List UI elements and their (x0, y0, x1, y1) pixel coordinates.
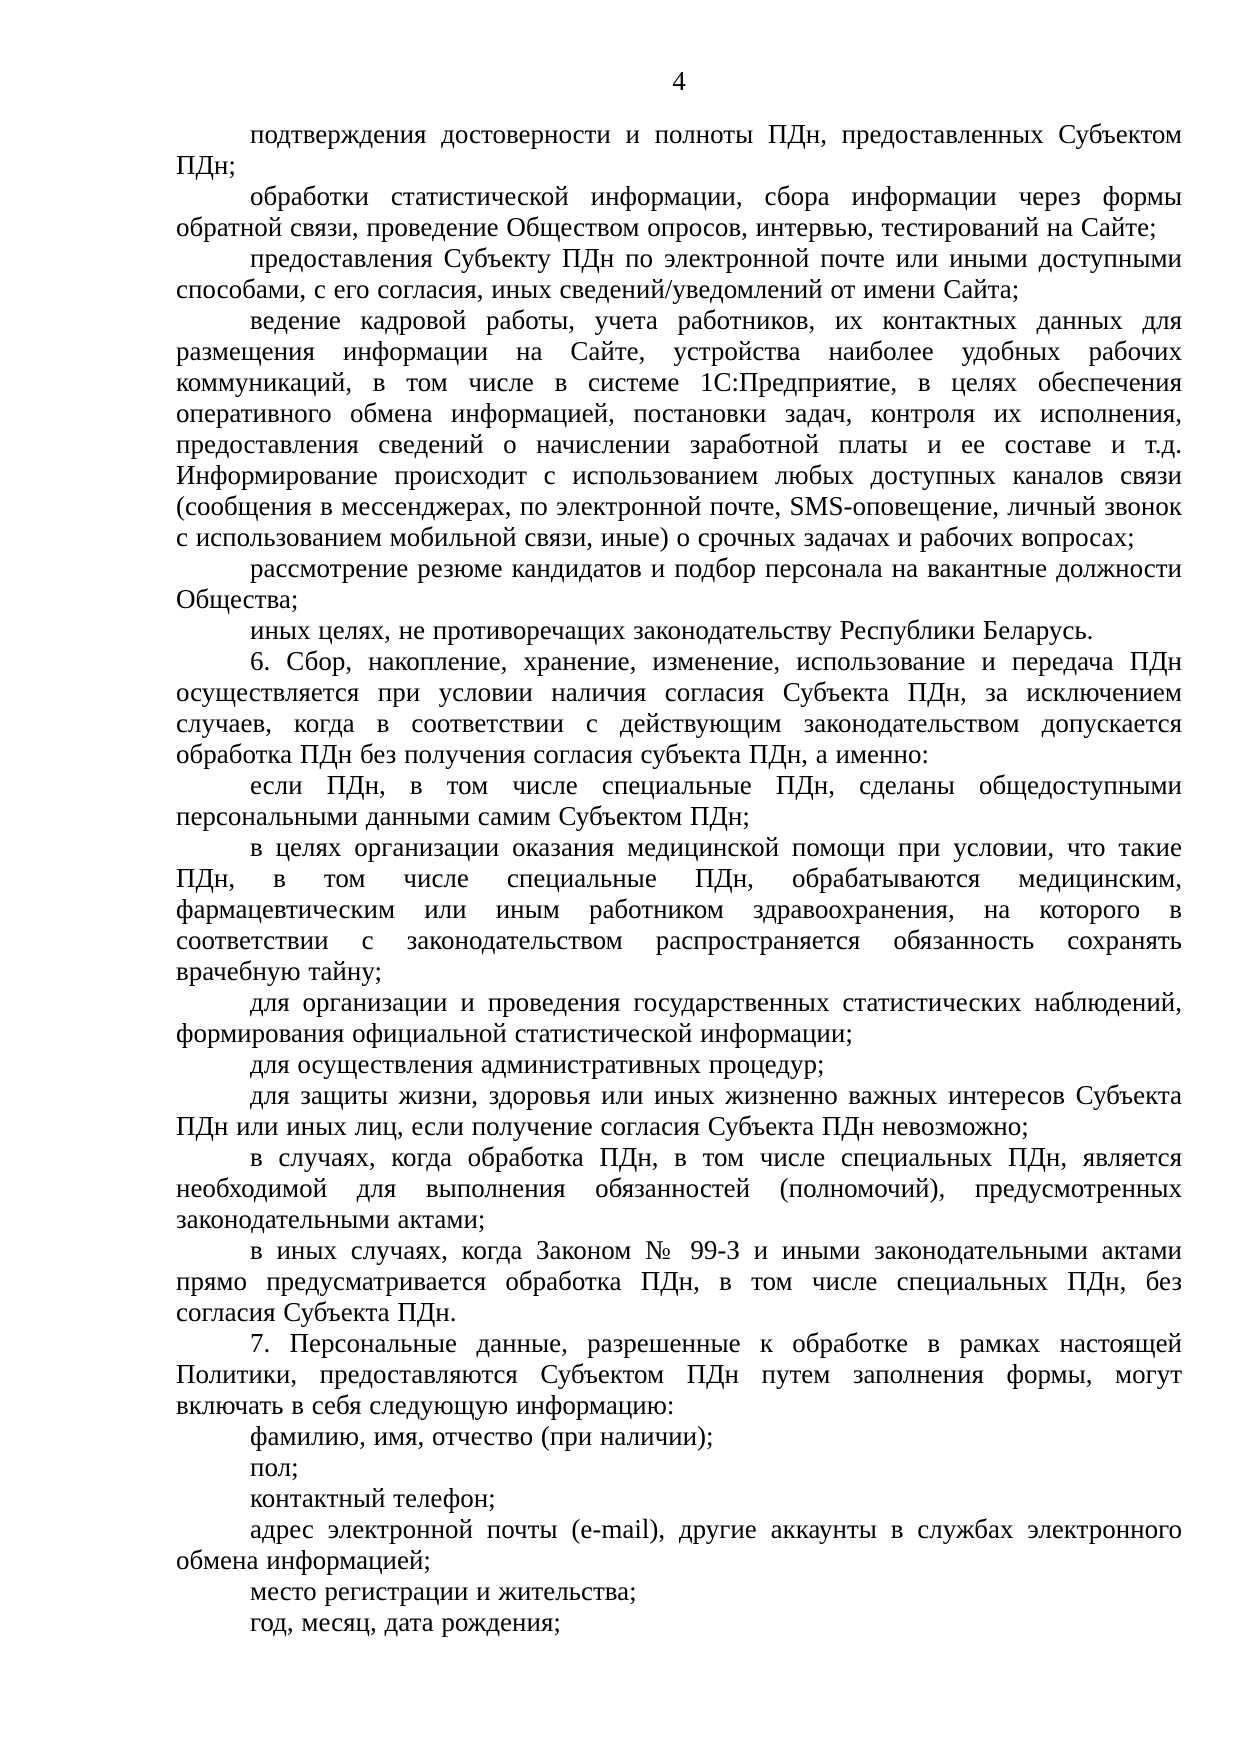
paragraph: если ПДн, в том числе специальные ПДн, с… (176, 770, 1182, 832)
paragraph: для защиты жизни, здоровья или иных жизн… (176, 1080, 1182, 1142)
paragraph: в случаях, когда обработка ПДн, в том чи… (176, 1142, 1182, 1235)
paragraph: пол; (176, 1452, 1182, 1483)
paragraph: для организации и проведения государстве… (176, 987, 1182, 1049)
paragraph: подтверждения достоверности и полноты ПД… (176, 119, 1182, 181)
document-page: 4 подтверждения достоверности и полноты … (0, 0, 1241, 1755)
paragraph: фамилию, имя, отчество (при наличии); (176, 1421, 1182, 1452)
paragraph: в целях организации оказания медицинской… (176, 832, 1182, 987)
paragraph: адрес электронной почты (e-mail), другие… (176, 1514, 1182, 1576)
paragraph: 6. Сбор, накопление, хранение, изменение… (176, 646, 1182, 770)
paragraph: рассмотрение резюме кандидатов и подбор … (176, 553, 1182, 615)
paragraph: место регистрации и жительства; (176, 1576, 1182, 1607)
paragraph: ведение кадровой работы, учета работнико… (176, 305, 1182, 553)
paragraph: контактный телефон; (176, 1483, 1182, 1514)
paragraph: предоставления Субъекту ПДн по электронн… (176, 243, 1182, 305)
paragraph: год, месяц, дата рождения; (176, 1607, 1182, 1638)
paragraph: для осуществления административных проце… (176, 1049, 1182, 1080)
paragraph: иных целях, не противоречащих законодате… (176, 615, 1182, 646)
paragraph: 7. Персональные данные, разрешенные к об… (176, 1328, 1182, 1421)
document-body: подтверждения достоверности и полноты ПД… (176, 119, 1182, 1638)
paragraph: в иных случаях, когда Законом № 99-З и и… (176, 1235, 1182, 1328)
paragraph: обработки статистической информации, сбо… (176, 181, 1182, 243)
page-number: 4 (176, 66, 1182, 97)
